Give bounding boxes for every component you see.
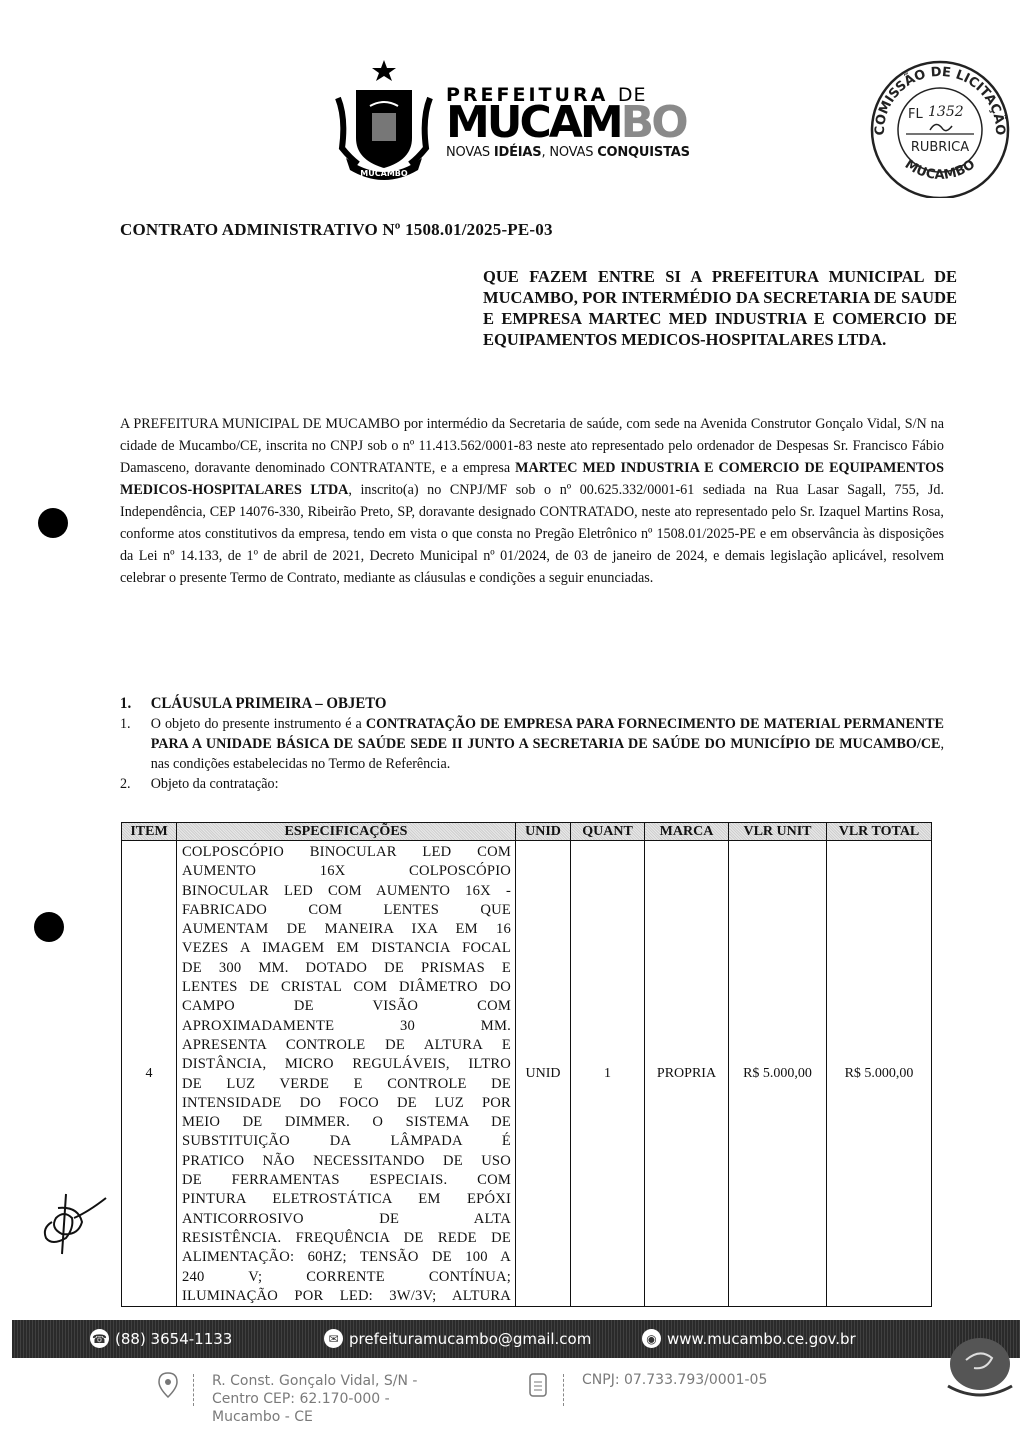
header-quant: QUANT <box>571 823 645 841</box>
header-vlr-total: VLR TOTAL <box>827 823 932 841</box>
spec-line: RESISTÊNCIA. FREQUÊNCIA DE REDE DE <box>182 1229 511 1248</box>
licitacao-stamp: COMISSÃO DE LICITAÇÃO MUCAMBO FL 1352 RU… <box>866 58 1014 198</box>
footer-address: R. Const. Gonçalo Vidal, S/N - Centro CE… <box>157 1372 418 1426</box>
clause-item-objeto: O objeto do presente instrumento é a CON… <box>151 714 944 774</box>
spec-line: INTENSIDADE DO FOCO DE LUZ POR <box>182 1094 511 1113</box>
preamble-paragraph: A PREFEITURA MUNICIPAL DE MUCAMBO por in… <box>120 413 944 589</box>
cell-marca: PROPRIA <box>645 841 729 1307</box>
table-header-row: ITEM ESPECIFICAÇÕES UNID QUANT MARCA VLR… <box>122 823 932 841</box>
logo-bo: BO <box>621 97 686 148</box>
table-row: 4 COLPOSCÓPIO BINOCULAR LED COMAUMENTO 1… <box>122 841 932 1307</box>
document-icon <box>527 1372 549 1398</box>
header-vlr-unit: VLR UNIT <box>729 823 827 841</box>
punch-hole <box>38 508 68 538</box>
spec-line: DE LUZ VERDE E CONTROLE DE <box>182 1075 511 1094</box>
clause-heading: CLÁUSULA PRIMEIRA – OBJETO <box>151 694 944 714</box>
spec-line: DISTÂNCIA, MICRO REGULÁVEIS, ILTRO <box>182 1055 511 1074</box>
spec-line: FABRICADO COM LENTES QUE <box>182 901 511 920</box>
svg-text:RUBRICA: RUBRICA <box>911 140 969 155</box>
svg-text:MUCAMBO: MUCAMBO <box>360 169 408 178</box>
clause-item-contratacao: Objeto da contratação: <box>151 774 944 794</box>
clause-primeira: 1.CLÁUSULA PRIMEIRA – OBJETO 1.O objeto … <box>120 694 944 794</box>
spec-line: DE 300 MM. DOTADO DE PRISMAS E <box>182 959 511 978</box>
divider <box>563 1374 564 1406</box>
footer-phone: ☎(88) 3654-1133 <box>90 1329 232 1348</box>
prefeitura-logo: MUCAMBO PREFEITURA DE MUCAMBO NOVAS IDÉI… <box>328 58 723 183</box>
spec-line: VEZES A IMAGEM EM DISTANCIA FOCAL <box>182 939 511 958</box>
spec-line: PINTURA ELETROSTÁTICA EM EPÓXI <box>182 1190 511 1209</box>
cell-especificacao: COLPOSCÓPIO BINOCULAR LED COMAUMENTO 16X… <box>177 841 516 1307</box>
spec-line: ALIMENTAÇÃO: 60HZ; TENSÃO DE 100 A <box>182 1248 511 1267</box>
cell-unid: UNID <box>516 841 571 1307</box>
footer-email[interactable]: ✉prefeituramucambo@gmail.com <box>324 1329 591 1348</box>
globe-icon: ◉ <box>642 1329 661 1348</box>
spec-line: APRESENTA CONTROLE DE ALTURA E <box>182 1036 511 1055</box>
spec-line: APROXIMADAMENTE 30 MM. <box>182 1017 511 1036</box>
punch-hole <box>34 912 64 942</box>
svg-text:1352: 1352 <box>928 104 964 120</box>
contract-summary: QUE FAZEM ENTRE SI A PREFEITURA MUNICIPA… <box>483 266 957 350</box>
municipal-seal-icon <box>940 1330 1020 1420</box>
header-especificacoes: ESPECIFICAÇÕES <box>177 823 516 841</box>
divider <box>193 1374 194 1406</box>
header-item: ITEM <box>122 823 177 841</box>
spec-line: SUBSTITUIÇÃO DA LÂMPADA É <box>182 1132 511 1151</box>
spec-line: COLPOSCÓPIO BINOCULAR LED COM <box>182 843 511 862</box>
footer-cnpj: CNPJ: 07.733.793/0001-05 <box>527 1372 767 1406</box>
location-pin-icon <box>157 1372 179 1398</box>
email-icon: ✉ <box>324 1329 343 1348</box>
header-unid: UNID <box>516 823 571 841</box>
phone-icon: ☎ <box>90 1329 109 1348</box>
footer-website[interactable]: ◉www.mucambo.ce.gov.br <box>642 1329 856 1348</box>
logo-tagline: NOVAS IDÉIAS, NOVAS CONQUISTAS <box>446 145 690 160</box>
municipal-crest-icon: MUCAMBO <box>328 58 440 183</box>
svg-text:MUCAMBO: MUCAMBO <box>902 157 978 183</box>
spec-line: LENTES DE CRISTAL COM DIÂMETRO DO <box>182 978 511 997</box>
logo-mucam: MUCAM <box>446 97 621 148</box>
spec-line: DE FERRAMENTAS ESPECIAIS. COM <box>182 1171 511 1190</box>
cell-vlr-unit: R$ 5.000,00 <box>729 841 827 1307</box>
cell-quant: 1 <box>571 841 645 1307</box>
spec-line: ANTICORROSIVO DE ALTA <box>182 1210 511 1229</box>
svg-text:FL: FL <box>908 107 923 122</box>
contract-title: CONTRATO ADMINISTRATIVO Nº 1508.01/2025-… <box>120 220 553 240</box>
header-marca: MARCA <box>645 823 729 841</box>
spec-line: CAMPO DE VISÃO COM <box>182 997 511 1016</box>
items-table: ITEM ESPECIFICAÇÕES UNID QUANT MARCA VLR… <box>121 822 932 1307</box>
spec-line: ILUMINAÇÃO POR LED: 3W/3V; ALTURA <box>182 1287 511 1306</box>
spec-line: MEIO DE DIMMER. O SISTEMA DE <box>182 1113 511 1132</box>
cell-vlr-total: R$ 5.000,00 <box>827 841 932 1307</box>
spec-line: 240 V; CORRENTE CONTÍNUA; <box>182 1268 511 1287</box>
footer-contact-bar: ☎(88) 3654-1133 ✉prefeituramucambo@gmail… <box>12 1320 1020 1358</box>
spec-line: AUMENTAM DE MANEIRA IXA EM 16 <box>182 920 511 939</box>
signature-scribble <box>28 1188 108 1260</box>
spec-line: PRATICO NÃO NECESSITANDO DE USO <box>182 1152 511 1171</box>
cell-item: 4 <box>122 841 177 1307</box>
spec-line: BINOCULAR LED COM AUMENTO 16X - <box>182 882 511 901</box>
spec-line: AUMENTO 16X COLPOSCÓPIO <box>182 862 511 881</box>
